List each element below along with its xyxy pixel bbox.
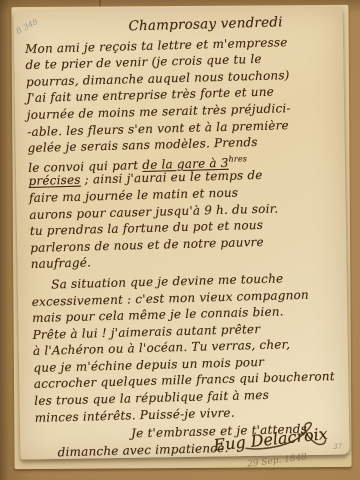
superscript-text: hres — [228, 154, 247, 163]
letter-paper: Champrosay vendredi Mon ami je reçois ta… — [14, 6, 350, 459]
signature-flourish — [240, 418, 329, 457]
corner-number-mark: 37 — [333, 443, 342, 451]
letter-body: Champrosay vendredi Mon ami je reçois ta… — [24, 11, 343, 461]
underlined-text: précises — [28, 173, 80, 188]
letter-dateline: Champrosay vendredi — [128, 13, 332, 35]
